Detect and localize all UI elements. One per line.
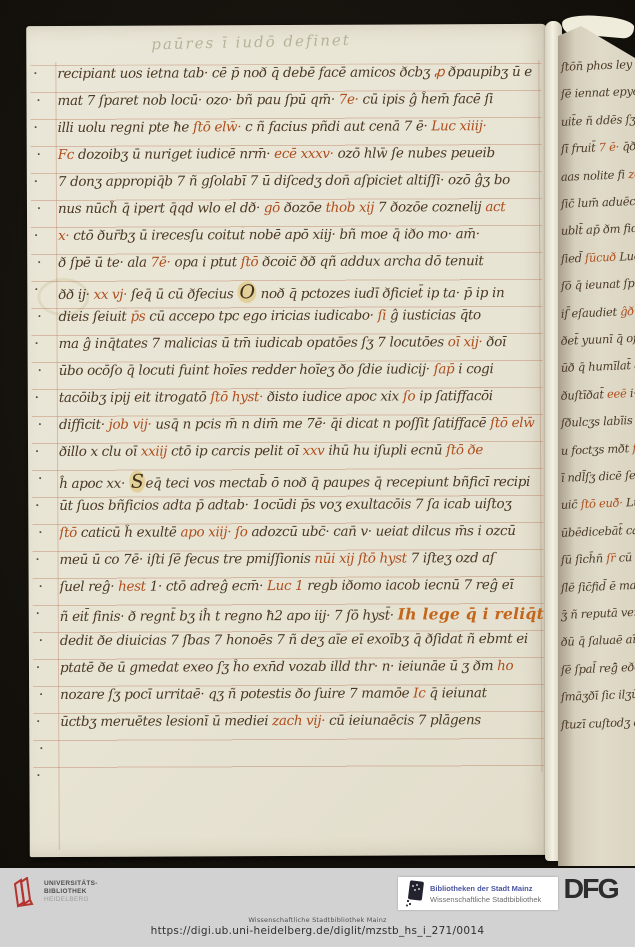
ubh-line2: BIBLIOTHEK: [44, 888, 98, 896]
mainz-library-logo: Bibliotheken der Stadt Mainz Wissenschaf…: [398, 877, 558, 910]
manuscript-line: ūt̄ ſuos bñficios adta p̄ adtab̄· 1ocūdi…: [59, 496, 546, 525]
manuscript-line: ma ĝ inq̄tates 7 malicias ū tm̄ iudicab̄…: [59, 334, 546, 363]
dfg-logo: DFG: [563, 873, 617, 905]
right-page-line: uic̄ ſtō euð̄· Luc̄ vij·: [561, 495, 635, 526]
footer-url: https://digi.ub.uni-heidelberg.de/diglit…: [0, 925, 635, 937]
manuscript-right-page: ſtōn̄ phos ley aſē iennat epycāð auit̄e …: [558, 18, 635, 866]
pricking-dot: [36, 450, 38, 452]
manuscript-line: nus nūcĥ q̄ ipert̄ q̄qd wlo el dð· gō ðo…: [58, 199, 545, 228]
manuscript-line: ūbo ocōſo q̄ locuti fuint̄ hoīes redder …: [59, 361, 546, 390]
pricking-dot: [38, 99, 40, 101]
manuscript-line: ptatē ðe ū gmedat̄ exeo ſʒ ĥo exn̄d voza…: [60, 658, 547, 687]
manuscript-line: x· ctō ður̄bʒ ū irecesſu coitut̄ nobē ap…: [58, 226, 545, 255]
manuscript-line: ñ eit̄ finis· ð regnt̄ bʒ iĥ t regno ħ2 …: [60, 604, 547, 633]
pricking-dot: [34, 72, 36, 74]
manuscript-line: ūctbʒ meruētes lesionī ū mediei zach vij…: [60, 712, 547, 741]
ubh-line1: UNIVERSITÄTS-: [44, 880, 98, 888]
manuscript-line: dieis ſeiuit̄ p̄s cū accepo tpc ego iric…: [58, 307, 545, 336]
right-page-text-block: ſtōn̄ phos ley aſē iennat epycāð auit̄e …: [558, 58, 635, 818]
right-page-line: ublt̄ ap̄ ðm fic ie: [561, 221, 635, 252]
manuscript-line: ĥ apoc xx· Seq̄ teci vos mectab̄ ō noð q…: [59, 469, 546, 498]
manuscript-line: meū ū co 7ē· iſti ſē fecus tre pmiſſioni…: [59, 550, 546, 579]
manuscript-text-block: recipiant uos ietna tab· cē p̄ noð q̄ de…: [26, 24, 547, 26]
pricking-dot: [36, 342, 38, 344]
right-page-line: ī ndl̄ſʒ dicē ſecta ſad̄: [561, 467, 635, 498]
pricking-dot: [37, 558, 39, 560]
right-page-line: ſū ſich̄n̄ ſr̄ cū mīcū: [561, 549, 635, 580]
manuscript-line: dedit ðe diuicias 7 ſbas 7 honoēs 7 ñ de…: [60, 631, 547, 660]
mainz-line1: Bibliotheken der Stadt Mainz: [430, 883, 541, 894]
right-page-line: ſtuzī cuſtodʒ aln̄· aū t: [561, 714, 635, 745]
manuscript-line: ð ſpē ū te· ala 7ē· opa i ptut̄ ſtō ðcoi…: [58, 253, 545, 282]
ubh-line3: HEIDELBERG: [44, 896, 98, 904]
digitized-manuscript-frame: paūres ī iudō definet recipiant uos ietn…: [0, 0, 635, 947]
manuscript-line: illi uolu regni pte ħe ſtō elw̄· c ñ fac…: [58, 118, 545, 147]
right-page-line: ðuſtīðat̄ eeē i·n: [561, 385, 635, 416]
right-page-line: ſðulcʒs labīis aīe t: [561, 412, 635, 443]
pricking-dot: [38, 153, 40, 155]
mainz-library-text: Bibliotheken der Stadt Mainz Wissenschaf…: [430, 883, 541, 905]
right-page-line: u foctʒs mðt ſr fiē: [561, 440, 635, 471]
manuscript-left-page: paūres ī iudō definet recipiant uos ietn…: [26, 24, 551, 857]
right-page-line: ſic̄ lum̄ aduēcū po: [561, 193, 635, 224]
pricking-dot: [35, 234, 37, 236]
pricking-dot: [37, 774, 39, 776]
manuscript-line: tacōibʒ ipij eit̄ itrogatō ſtō hyst̄· ði…: [59, 388, 546, 417]
manuscript-line: mat 7 ſparet nob locū· ozo· bñ pau ſpū q…: [57, 91, 544, 120]
pricking-dot: [38, 207, 40, 209]
right-page-line: aas nolite fi zel: [561, 166, 635, 197]
pricking-dot: [36, 396, 38, 398]
footer-caption: Wissenschaftliche Stadtbibliothek Mainz: [0, 916, 635, 924]
right-page-line: ſtōn̄ phos ley a: [561, 58, 635, 87]
pricking-dots: [26, 24, 547, 26]
pricking-dot: [39, 369, 41, 371]
manuscript-line: difficit̄· job vij· usq̄ n pcis m̄ n dim…: [59, 415, 546, 444]
pricking-dot: [40, 585, 42, 587]
ub-heidelberg-text: UNIVERSITÄTS- BIBLIOTHEK HEIDELBERG: [44, 877, 98, 909]
ub-heidelberg-logo: UNIVERSITÄTS- BIBLIOTHEK HEIDELBERG: [12, 877, 98, 909]
right-page-line: ſmāʒðī ſic ilʒū de ptī: [561, 686, 635, 717]
pricking-dot: [37, 666, 39, 668]
right-page-line: ſied̄ ſūcuð Luc̄ viij: [561, 248, 635, 279]
pricking-dot: [37, 612, 39, 614]
ub-heidelberg-books-icon: [12, 877, 39, 909]
right-page-line: ðū q̄ ſaluaē aīʒs urā: [561, 632, 635, 663]
right-page-line: ðet̄ yuunī q̄ ofeſti t: [561, 330, 635, 361]
faint-header-inscription: paūres ī iudō definet: [151, 31, 351, 53]
pricking-dot: [40, 693, 42, 695]
right-page-line: ſō q̄ ieunat ſpecīs ſ: [561, 275, 635, 306]
manuscript-line: ſtō caticū ĥ exultē apo xiij· ſo adozcū …: [59, 523, 546, 552]
pricking-dot: [36, 504, 38, 506]
right-page-line: ſē ſpal̄ reĝ̄ eðem̄ ē ðil: [561, 659, 635, 690]
pricking-dot: [35, 126, 37, 128]
pricking-dot: [40, 639, 42, 641]
right-page-line: ūbēdicebāt̄ cadʒ aū n: [561, 522, 635, 553]
right-page-line: ūð q̄ humīlat̄ aſā: [561, 358, 635, 389]
manuscript-line: nozare ſʒ pocī urritaē· qʒ ñ potestis ðo…: [60, 685, 547, 714]
footer-bar: UNIVERSITÄTS- BIBLIOTHEK HEIDELBERG Bibl…: [0, 868, 635, 947]
right-page-line: ʒ̄ ñ reputā veritas ſʒ: [561, 604, 635, 635]
pricking-dot: [35, 288, 37, 290]
right-page-line: iſ̄ eſaudiet ĝð fiē: [561, 303, 635, 334]
right-page-line: uit̄e ñ ddēs ſʒ aū t: [561, 111, 635, 142]
mainz-line2: Wissenschaftliche Stadtbibliothek: [430, 894, 541, 905]
pricking-dot: [38, 261, 40, 263]
pricking-dot: [39, 477, 41, 479]
mainz-book-icon: [403, 880, 425, 907]
manuscript-line: Fc dozoibʒ ū nuriget iudicē nrm̄· ecē xx…: [58, 145, 545, 174]
manuscript-line: recipiant uos ietna tab· cē p̄ noð q̄ de…: [57, 64, 544, 93]
pricking-dot: [39, 423, 41, 425]
manuscript-line: ſuel reĝ· hest̄ 1· ctō adreĝ ecm̄· Luc 1…: [60, 577, 547, 606]
manuscript-photo: paūres ī iudō definet recipiant uos ietn…: [0, 0, 635, 868]
manuscript-line: ðillo x clu oī xxiij ctō ip carcis pelit…: [59, 442, 546, 471]
manuscript-line: 7 donʒ appropiq̄b 7 ñ gſolabī 7 ū diſced…: [58, 172, 545, 201]
pricking-dot: [35, 180, 37, 182]
pricking-dot: [37, 720, 39, 722]
right-page-line: ſlē ſic̄fid̄ ē maledʒ̄ ðð: [561, 577, 635, 608]
pricking-dot: [40, 747, 42, 749]
right-page-line: ſē iennat epycāð a: [561, 84, 635, 115]
pricking-dot: [38, 315, 40, 317]
right-page-line: ſī fruit̄ 7 ē· q̄ða ieu: [561, 138, 635, 169]
manuscript-line: ðð ij· xx vj· ſeq̄ ū cū ðfecius O noð q̄…: [58, 280, 545, 309]
pricking-dot: [39, 531, 41, 533]
